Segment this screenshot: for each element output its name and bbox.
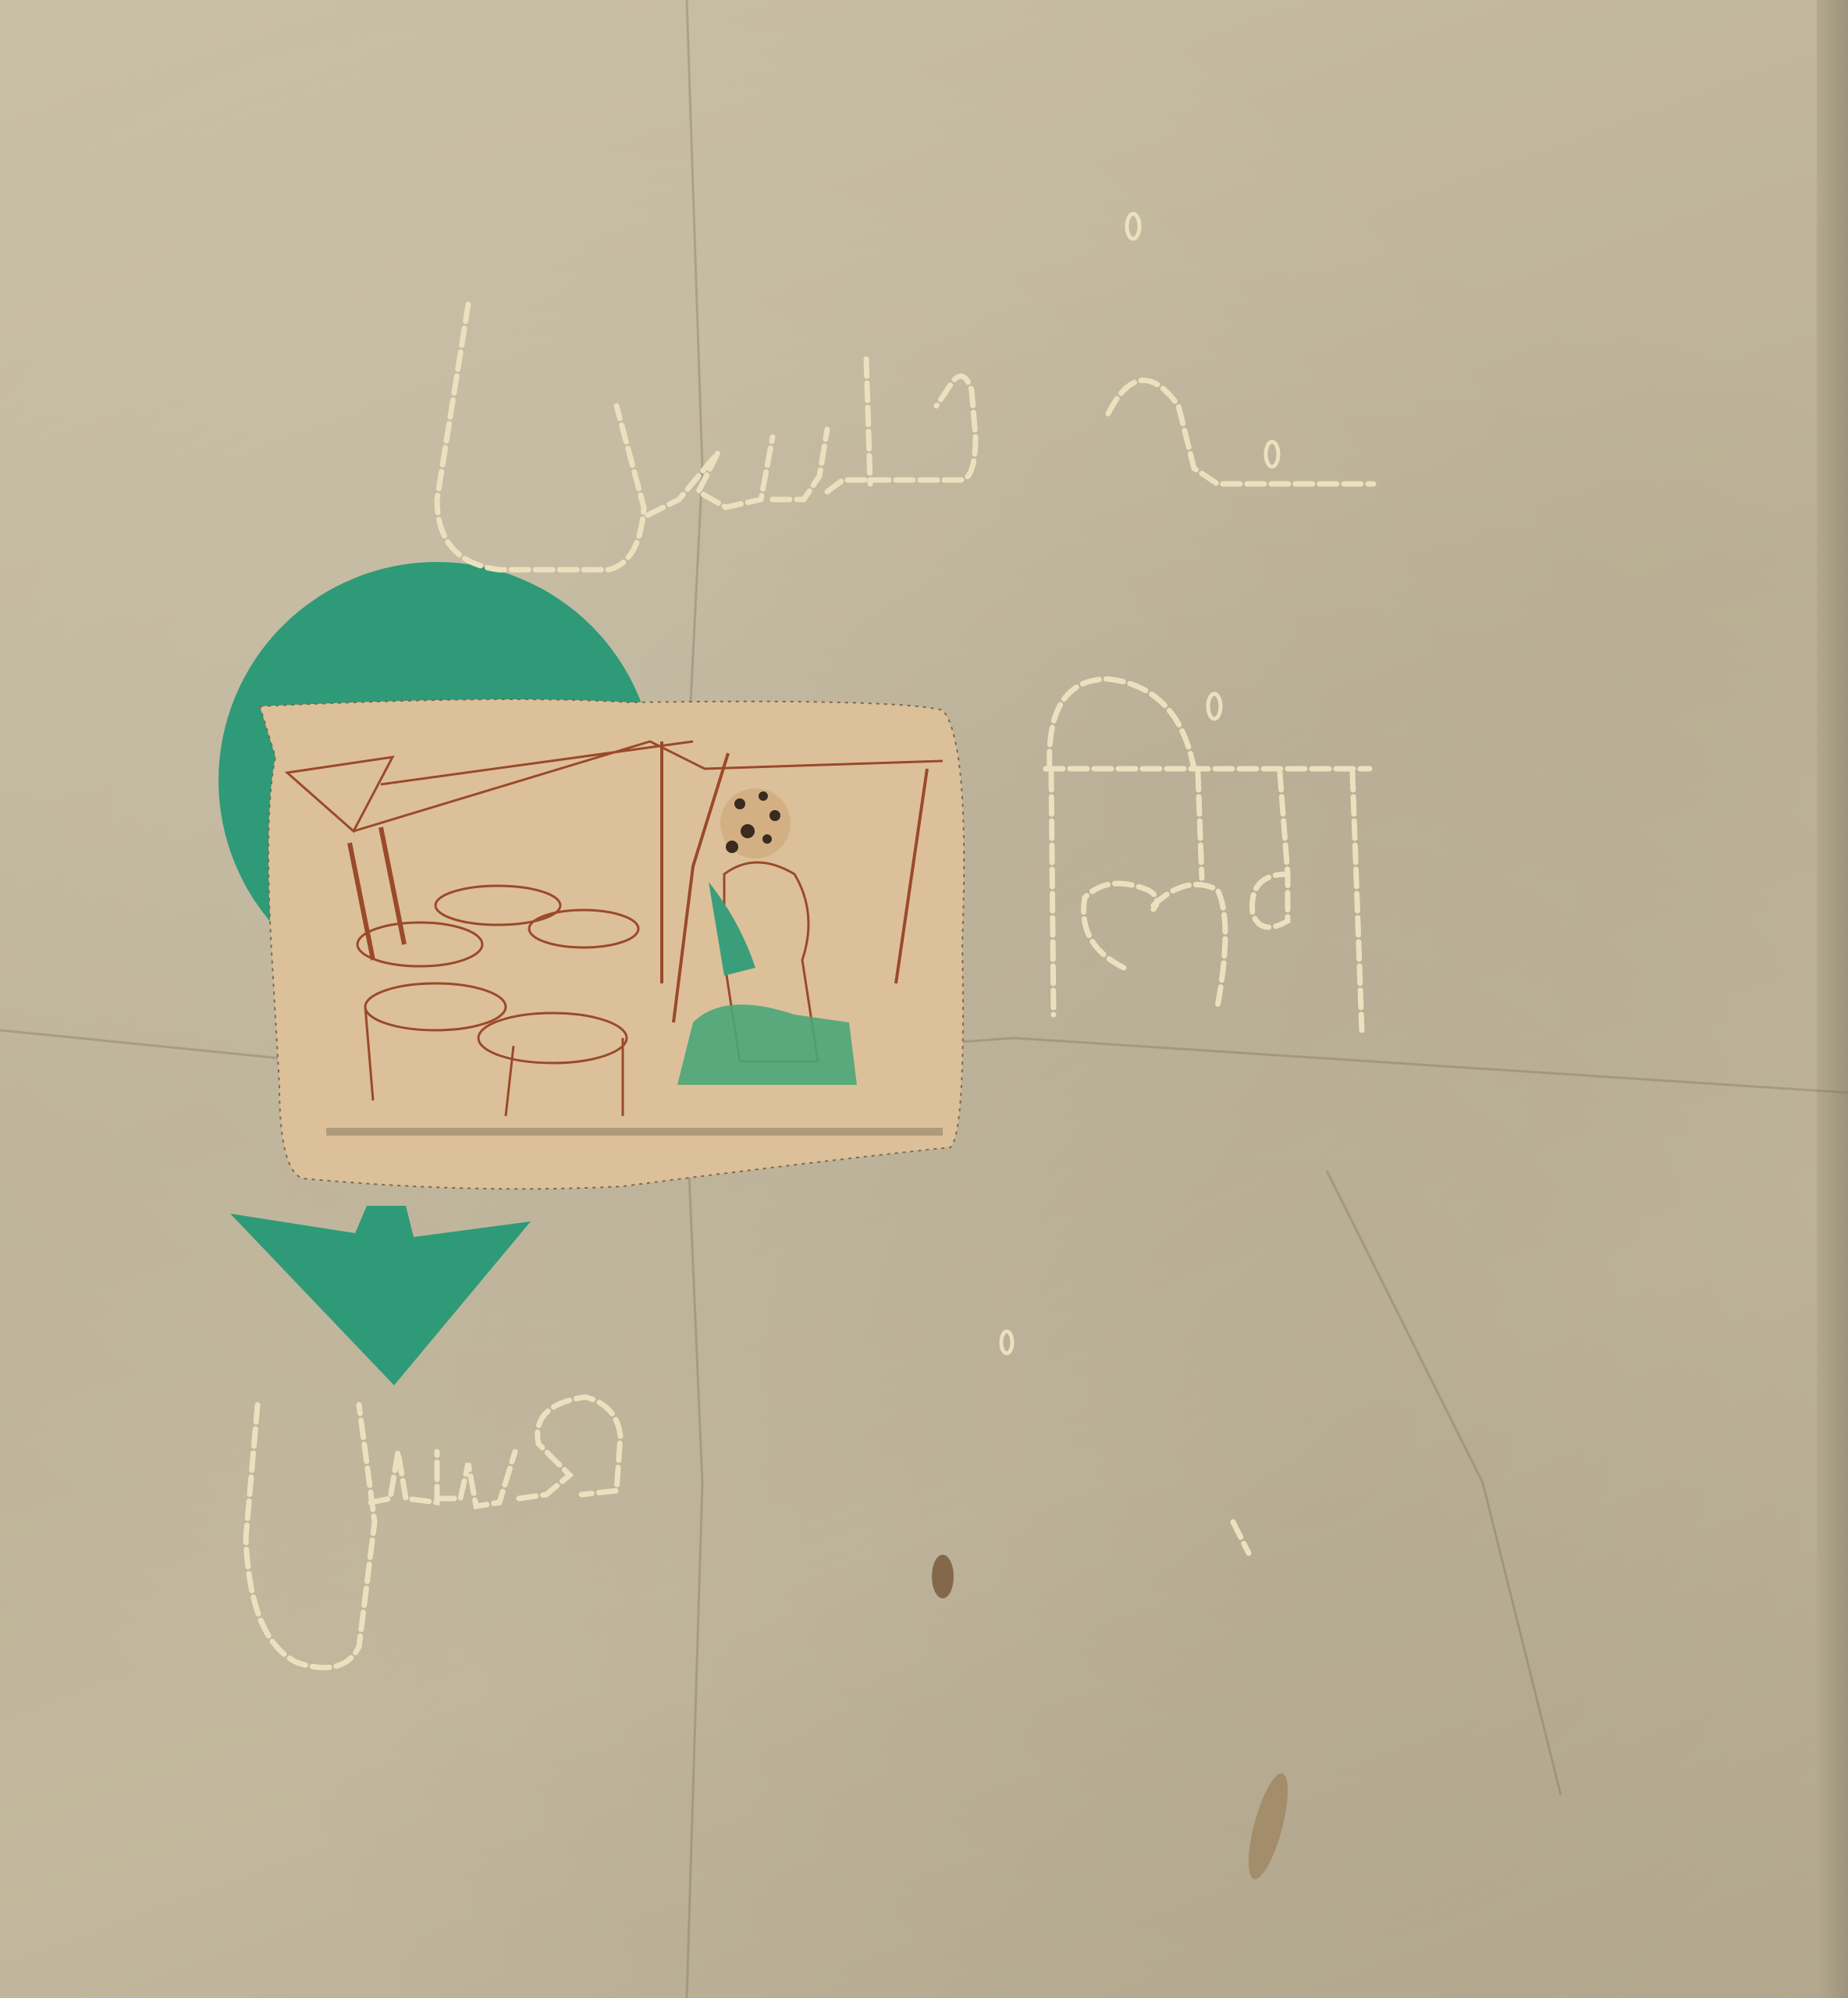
stitched-word-1	[437, 214, 1374, 570]
stain	[932, 1555, 954, 1598]
stain	[1240, 1770, 1295, 1883]
stitched-word-2	[1046, 679, 1370, 1030]
crease	[1327, 1171, 1561, 1795]
green-arrow-down-icon	[230, 1206, 531, 1385]
collage-patch	[256, 695, 970, 1194]
